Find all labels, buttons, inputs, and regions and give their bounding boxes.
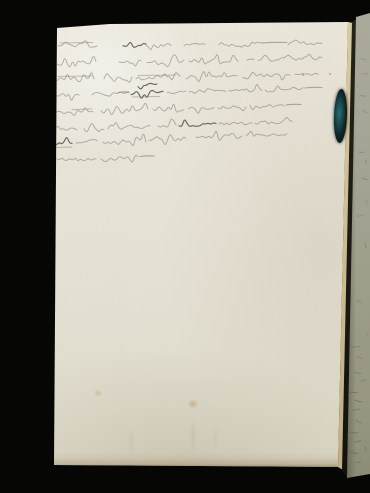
streak	[188, 410, 198, 462]
stain	[186, 398, 200, 410]
stains-layer	[0, 0, 370, 493]
streak	[212, 418, 219, 458]
stain	[92, 388, 104, 398]
manuscript-photo	[0, 0, 370, 493]
streak	[127, 422, 136, 462]
